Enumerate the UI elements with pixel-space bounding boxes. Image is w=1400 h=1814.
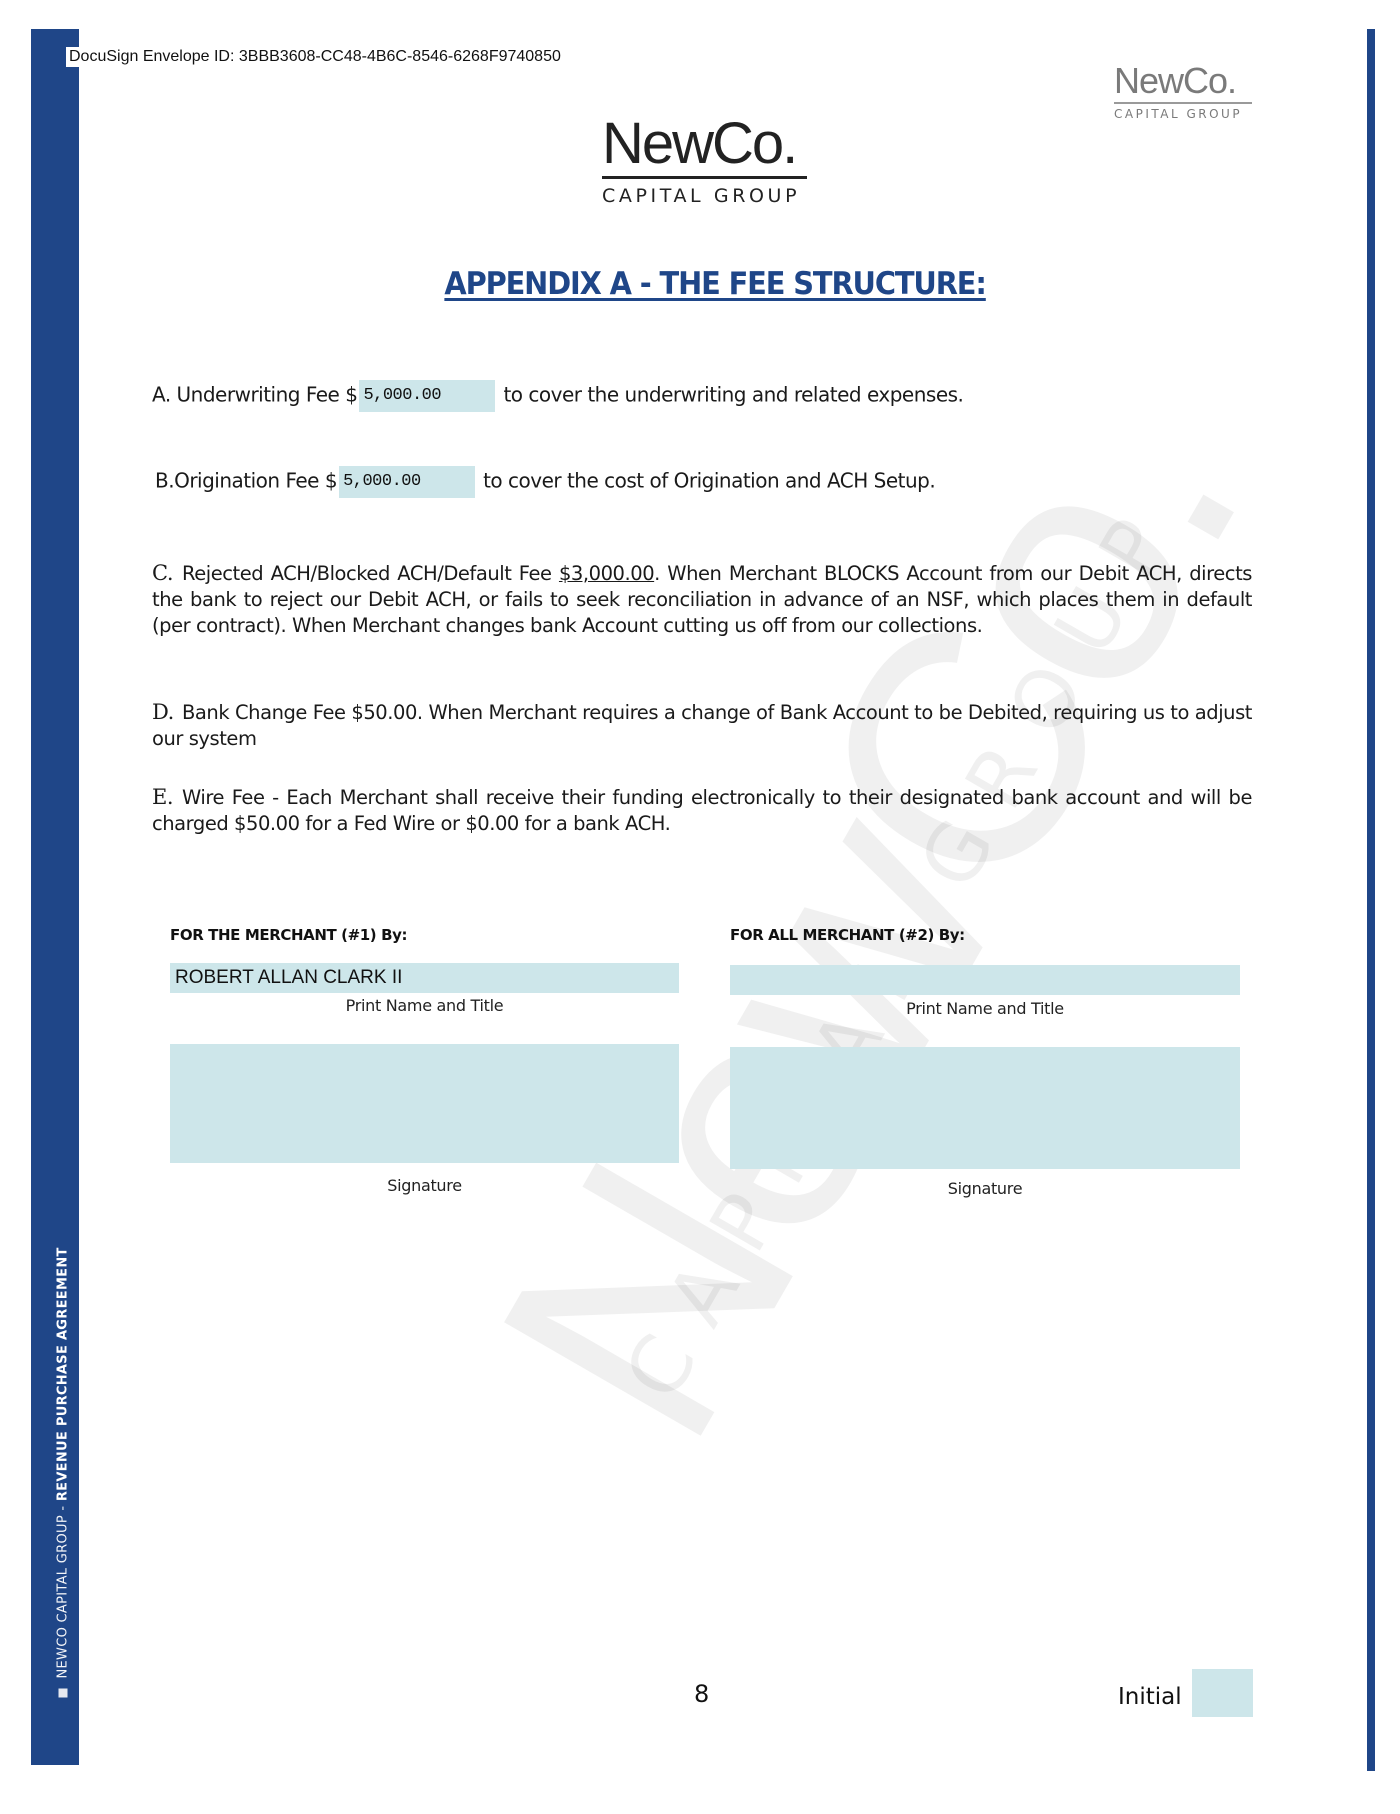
fee-item-d: D.Bank Change Fee $50.00. When Merchant … — [152, 699, 1252, 752]
sidebar-company: NEWCO CAPITAL GROUP - — [56, 1501, 71, 1678]
merchant-2-heading: FOR ALL MERCHANT (#2) By: — [730, 926, 965, 944]
logo-rule — [602, 176, 807, 179]
fee-a-label: A. Underwriting Fee $ — [152, 383, 357, 407]
fee-item-c: C.Rejected ACH/Blocked ACH/Default Fee $… — [152, 560, 1252, 639]
sidebar-document-name: REVENUE PURCHASE AGREEMENT — [56, 1247, 71, 1501]
company-logo: NewCo. CAPITAL GROUP — [602, 114, 807, 207]
fee-item-e: E.Wire Fee - Each Merchant shall receive… — [152, 784, 1252, 837]
logo-small-rule — [1114, 102, 1252, 104]
fee-d-text: Bank Change Fee $50.00. When Merchant re… — [152, 701, 1252, 750]
merchant-2-name-field[interactable] — [730, 965, 1240, 995]
fee-item-a: A. Underwriting Fee $5,000.00to cover th… — [152, 380, 963, 412]
merchant-2-signature-caption: Signature — [730, 1179, 1240, 1198]
fee-e-text: Wire Fee - Each Merchant shall receive t… — [152, 786, 1252, 835]
page-title: APPENDIX A - THE FEE STRUCTURE: — [444, 266, 985, 302]
page-number: 8 — [694, 1680, 709, 1708]
fee-b-label: B.Origination Fee $ — [155, 469, 337, 493]
logo-small-name: NewCo. — [1114, 62, 1252, 100]
docusign-envelope-id: DocuSign Envelope ID: 3BBB3608-CC48-4B6C… — [66, 47, 564, 67]
initial-label: Initial — [1118, 1684, 1182, 1710]
square-bullet-icon — [59, 1689, 68, 1698]
fee-c-lead: Rejected ACH/Blocked ACH/Default Fee — [182, 562, 559, 585]
fee-b-description: to cover the cost of Origination and ACH… — [483, 469, 935, 493]
merchant-1-name-caption: Print Name and Title — [170, 996, 679, 1015]
fee-e-letter: E. — [152, 784, 182, 810]
merchant-1-signature-caption: Signature — [170, 1176, 679, 1195]
initial-field[interactable] — [1192, 1669, 1253, 1717]
header-logo-small: NewCo. CAPITAL GROUP — [1114, 62, 1252, 121]
underwriting-fee-field[interactable]: 5,000.00 — [359, 380, 495, 412]
merchant-1-heading: FOR THE MERCHANT (#1) By: — [170, 926, 407, 944]
watermark-logo-text: NewCo. — [424, 343, 1310, 1497]
origination-fee-field[interactable]: 5,000.00 — [339, 466, 475, 498]
fee-c-amount: $3,000.00 — [559, 562, 654, 585]
logo-small-subtitle: CAPITAL GROUP — [1114, 107, 1252, 121]
sidebar-caption: NEWCO CAPITAL GROUP - REVENUE PURCHASE A… — [56, 1247, 71, 1697]
fee-d-letter: D. — [152, 699, 182, 725]
page-title-container: APPENDIX A - THE FEE STRUCTURE: — [0, 266, 1400, 302]
fee-c-letter: C. — [152, 560, 182, 586]
logo-subtitle: CAPITAL GROUP — [602, 185, 807, 207]
merchant-1-signature-field[interactable] — [170, 1044, 679, 1163]
fee-item-b: B.Origination Fee $5,000.00to cover the … — [155, 466, 935, 498]
merchant-2-signature-field[interactable] — [730, 1047, 1240, 1169]
fee-a-description: to cover the underwriting and related ex… — [503, 383, 963, 407]
merchant-1-name-field[interactable]: ROBERT ALLAN CLARK II — [170, 963, 679, 993]
merchant-2-name-caption: Print Name and Title — [730, 999, 1240, 1018]
logo-name: NewCo. — [602, 114, 807, 174]
